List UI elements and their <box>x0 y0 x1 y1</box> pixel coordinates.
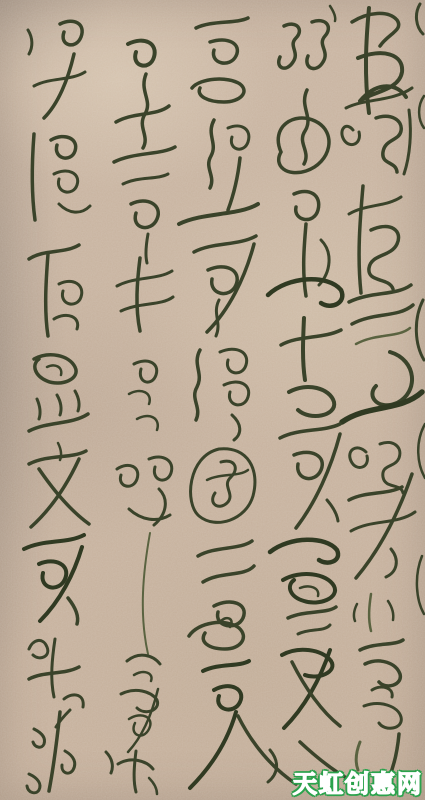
site-watermark: 天虹创惠网 <box>293 771 423 797</box>
paper-grain-texture <box>0 0 425 800</box>
calligraphy-page: 天虹创惠网 <box>0 0 425 800</box>
calligraphy-artwork <box>0 0 425 800</box>
